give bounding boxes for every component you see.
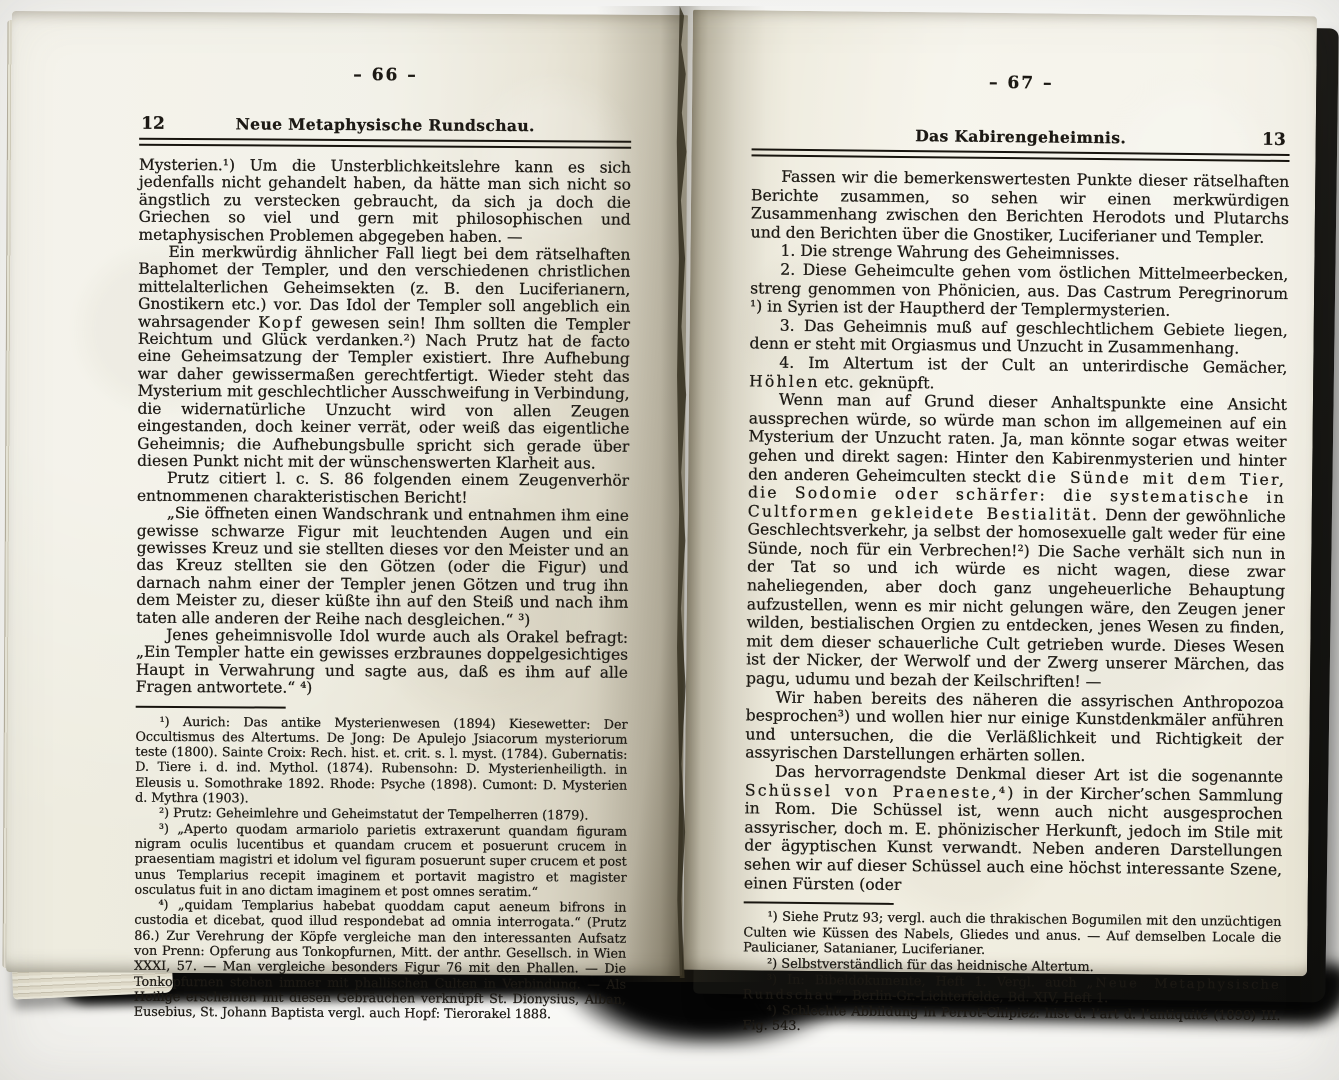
left-paragraph: Jenes geheimnisvolle Idol wurde auch als… bbox=[136, 627, 628, 700]
right-page-number: 13 bbox=[1262, 130, 1286, 150]
emphasized-text: Schüssel von Praeneste,⁴) bbox=[745, 781, 1016, 802]
right-page-content: – 67 – Das Kabirengeheimnis. 13 Fassen w… bbox=[743, 10, 1291, 976]
left-paragraph: Ein merkwürdig ähnlicher Fall liegt bei … bbox=[137, 244, 630, 473]
left-body: Mysterien.¹) Um die Unsterblichkeitslehr… bbox=[136, 157, 631, 700]
right-page: – 67 – Das Kabirengeheimnis. 13 Fassen w… bbox=[683, 10, 1317, 976]
right-paragraph: Wenn man auf Grund dieser Anhaltspunkte … bbox=[746, 390, 1287, 693]
text-segment: Denn der gewöhnliche Geschlechtsverkehr,… bbox=[746, 506, 1286, 691]
text-segment: „Sie öffneten einen Wandschrank und entn… bbox=[136, 504, 629, 629]
text-segment: ⁴) „quidam Templarius habebat quoddam ca… bbox=[134, 897, 627, 1021]
left-footnotes: ¹) Aurich: Das antike Mysterienwesen (18… bbox=[134, 713, 628, 1022]
text-segment: etc. geknüpft. bbox=[820, 373, 935, 392]
text-segment: Fassen wir die bemerkenswertesten Punkte… bbox=[751, 168, 1290, 247]
text-segment: ¹) Aurich: Das antike Mysterienwesen (18… bbox=[135, 713, 628, 805]
left-running-title: Neue Metaphysische Rundschau. bbox=[139, 114, 631, 136]
text-segment: Prutz citiert l. c. S. 86 folgenden eine… bbox=[137, 469, 629, 506]
right-body: Fassen wir die bemerkenswertesten Punkte… bbox=[744, 167, 1290, 898]
book-photograph: – 66 – 12 Neue Metaphysische Rundschau. … bbox=[0, 0, 1339, 1080]
right-folio: – 67 – bbox=[752, 70, 1290, 96]
right-paragraph: Das hervorragendste Denkmal dieser Art i… bbox=[744, 762, 1283, 898]
right-paragraph: 2. Diese Geheimculte gehen vom östlichen… bbox=[750, 260, 1289, 321]
left-page: – 66 – 12 Neue Metaphysische Rundschau. … bbox=[6, 11, 688, 976]
right-paragraph: Fassen wir die bemerkenswertesten Punkte… bbox=[751, 167, 1290, 247]
text-segment: gewesen sein! Ihm sollten die Templer Re… bbox=[137, 313, 630, 472]
text-segment: 3. Das Geheimnis muß auf geschlechtliche… bbox=[749, 316, 1287, 357]
left-footnote: ³) „Aperto quodam armariolo parietis ext… bbox=[135, 820, 627, 899]
left-paragraph: „Sie öffneten einen Wandschrank und entn… bbox=[136, 505, 629, 630]
left-running-head: 12 Neue Metaphysische Rundschau. bbox=[139, 112, 631, 137]
emphasized-text: Höhlen bbox=[749, 372, 820, 391]
left-paragraph: Prutz citiert l. c. S. 86 folgenden eine… bbox=[137, 470, 629, 508]
right-footnotes: ¹) Siehe Prutz 93; vergl. auch die thrak… bbox=[742, 909, 1281, 1039]
text-segment: ¹) Siehe Prutz 93; vergl. auch die thrak… bbox=[743, 910, 1281, 958]
right-paragraph: 4. Im Altertum ist der Cult an unterirdi… bbox=[749, 353, 1287, 396]
left-header-rule bbox=[139, 138, 631, 149]
left-folio: – 66 – bbox=[139, 64, 631, 87]
left-paragraph: Mysterien.¹) Um die Unsterblichkeitslehr… bbox=[139, 157, 632, 247]
text-segment: Wir haben bereits des näheren die assyri… bbox=[745, 688, 1284, 765]
text-segment: Jenes geheimnisvolle Idol wurde auch als… bbox=[136, 626, 628, 697]
text-segment: Mysterien.¹) Um die Unsterblichkeitslehr… bbox=[139, 156, 632, 246]
text-segment: ⁴) Schlechte Abbildung in Perrot-Chipiez… bbox=[742, 1003, 1280, 1034]
right-running-head: Das Kabirengeheimnis. 13 bbox=[752, 122, 1290, 150]
right-footnote: ⁴) Schlechte Abbildung in Perrot-Chipiez… bbox=[742, 1003, 1280, 1040]
emphasized-text: Kopf bbox=[258, 313, 303, 331]
right-footnote-rule bbox=[744, 901, 894, 905]
right-footnote: ¹) Siehe Prutz 93; vergl. auch die thrak… bbox=[743, 909, 1281, 961]
left-footnote-rule bbox=[136, 705, 286, 708]
right-paragraph: Wir haben bereits des näheren die assyri… bbox=[745, 688, 1284, 768]
right-header-rule bbox=[752, 148, 1290, 162]
left-footnote: ⁴) „quidam Templarius habebat quoddam ca… bbox=[134, 897, 627, 1022]
left-page-content: – 66 – 12 Neue Metaphysische Rundschau. … bbox=[134, 12, 632, 976]
left-footnote: ¹) Aurich: Das antike Mysterienwesen (18… bbox=[135, 713, 628, 808]
right-paragraph: 3. Das Geheimnis muß auf geschlechtliche… bbox=[749, 316, 1287, 359]
text-segment: ³) „Aperto quodam armariolo parietis ext… bbox=[135, 821, 627, 900]
right-running-title: Das Kabirengeheimnis. bbox=[752, 124, 1290, 149]
text-segment: 2. Diese Geheimculte gehen vom östlichen… bbox=[750, 261, 1289, 320]
